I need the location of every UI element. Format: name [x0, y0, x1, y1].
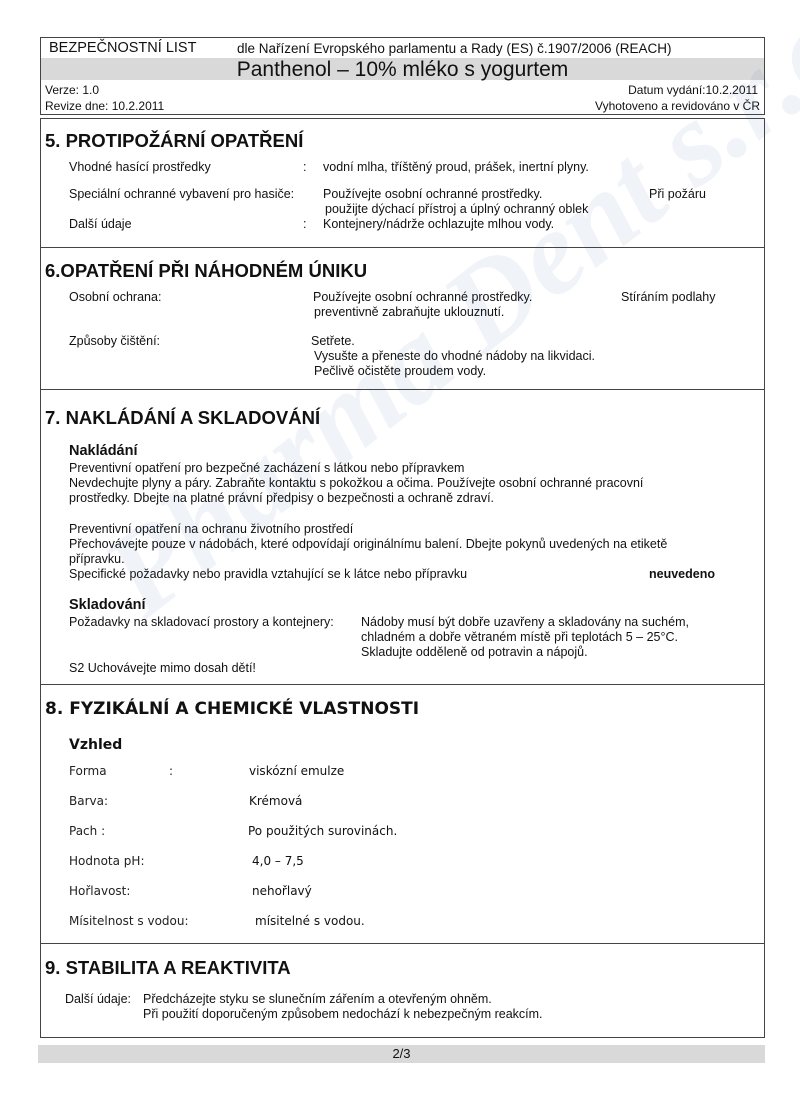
- row-value-cont: Při použití doporučeným způsobem nedochá…: [143, 1007, 543, 1021]
- section-title: 6.OPATŘENÍ PŘI NÁHODNÉM ÚNIKU: [45, 260, 367, 282]
- document-header: BEZPEČNOSTNÍ LIST dle Nařízení Evropskéh…: [40, 37, 765, 115]
- row-value: vodní mlha, tříštěný proud, prášek, iner…: [323, 160, 589, 174]
- section-7: 7. NAKLÁDÁNÍ A SKLADOVÁNÍ Nakládání Prev…: [40, 389, 765, 685]
- section-8: 8. FYZIKÁLNÍ A CHEMICKÉ VLASTNOSTI Vzhle…: [40, 684, 765, 944]
- page-footer: 2/3: [38, 1045, 765, 1063]
- row-label: Osobní ochrana:: [69, 290, 161, 304]
- property-label: Mísitelnost s vodou:: [69, 914, 189, 928]
- property-label: Barva:: [69, 794, 108, 808]
- row-value: Používejte osobní ochranné prostředky.: [323, 187, 542, 201]
- row-value: Předcházejte styku se slunečním zářením …: [143, 992, 492, 1006]
- storage-label: Požadavky na skladovací prostory a konte…: [69, 615, 334, 629]
- property-label: Forma: [69, 764, 107, 778]
- storage-line: Nádoby musí být dobře uzavřeny a skladov…: [361, 615, 689, 629]
- specific-label: Specifické požadavky nebo pravidla vztah…: [69, 567, 467, 581]
- row-label: Další údaje:: [65, 992, 131, 1006]
- property-separator: :: [169, 764, 173, 778]
- text-line: Preventivní opatření na ochranu životníh…: [69, 522, 353, 536]
- row-separator: :: [303, 217, 306, 231]
- section-title: 5. PROTIPOŽÁRNÍ OPATŘENÍ: [45, 130, 303, 152]
- regulation: dle Nařízení Evropského parlamentu a Rad…: [237, 41, 671, 56]
- property-value: 4,0 – 7,5: [252, 854, 304, 868]
- row-label: Další údaje: [69, 217, 132, 231]
- section-title: 9. STABILITA A REAKTIVITA: [45, 957, 291, 979]
- section-6: 6.OPATŘENÍ PŘI NÁHODNÉM ÚNIKU Osobní och…: [40, 247, 765, 390]
- storage-line: Skladujte odděleně od potravin a nápojů.: [361, 645, 588, 659]
- text-line: Nevdechujte plyny a páry. Zabraňte konta…: [69, 476, 643, 490]
- subsection-title: Skladování: [69, 597, 146, 613]
- property-value: nehořlavý: [252, 884, 312, 898]
- row-value-cont: preventivně zabraňujte uklouznutí.: [314, 305, 504, 319]
- property-value: Po použitých surovinách.: [248, 824, 397, 838]
- row-value: Používejte osobní ochranné prostředky.: [313, 290, 532, 304]
- property-value: viskózní emulze: [249, 764, 344, 778]
- section-title: 7. NAKLÁDÁNÍ A SKLADOVÁNÍ: [45, 407, 320, 429]
- section-9: 9. STABILITA A REAKTIVITA Další údaje: P…: [40, 943, 765, 1038]
- issue-date: Datum vydání:10.2.2011: [628, 83, 758, 97]
- subsection-title: Vzhled: [69, 737, 122, 753]
- text-line: Přechovávejte pouze v nádobách, které od…: [69, 537, 667, 551]
- doc-type: BEZPEČNOSTNÍ LIST: [49, 40, 196, 56]
- row-value-right: Při požáru: [649, 187, 706, 201]
- prepared-note: Vyhotoveno a revidováno v ČR: [595, 99, 760, 113]
- row-label: Způsoby čištění:: [69, 334, 160, 348]
- storage-line: chladném a dobře větraném místě při tepl…: [361, 630, 678, 644]
- property-label: Hořlavost:: [69, 884, 130, 898]
- product-name: Panthenol – 10% mléko s yogurtem: [41, 58, 764, 82]
- specific-value: neuvedeno: [649, 567, 715, 581]
- revision-date: Revize dne: 10.2.2011: [45, 99, 164, 113]
- row-value: Setřete.: [311, 334, 355, 348]
- property-label: Pach :: [69, 824, 105, 838]
- section-5: 5. PROTIPOŽÁRNÍ OPATŘENÍ Vhodné hasící p…: [40, 118, 765, 248]
- version: Verze: 1.0: [45, 83, 99, 97]
- page-number: 2/3: [392, 1046, 410, 1061]
- section-title: 8. FYZIKÁLNÍ A CHEMICKÉ VLASTNOSTI: [45, 699, 419, 719]
- s2-phrase: S2 Uchovávejte mimo dosah dětí!: [69, 661, 256, 675]
- property-value: mísitelné s vodou.: [255, 914, 365, 928]
- row-value-cont: použijte dýchací přístroj a úplný ochran…: [325, 202, 588, 216]
- row-value-cont: Vysušte a přeneste do vhodné nádoby na l…: [314, 349, 595, 363]
- text-line: přípravku.: [69, 552, 125, 566]
- text-line: Preventivní opatření pro bezpečné zacház…: [69, 461, 464, 475]
- text-line: prostředky. Dbejte na platné právní před…: [69, 491, 494, 505]
- subsection-title: Nakládání: [69, 443, 138, 459]
- row-value-cont: Pečlivě očistěte proudem vody.: [314, 364, 486, 378]
- row-value: Kontejnery/nádrže ochlazujte mlhou vody.: [323, 217, 554, 231]
- row-separator: :: [303, 160, 306, 174]
- row-value-right: Stíráním podlahy: [621, 290, 716, 304]
- row-label: Speciální ochranné vybavení pro hasiče:: [69, 187, 294, 201]
- property-label: Hodnota pH:: [69, 854, 145, 868]
- property-value: Krémová: [249, 794, 302, 808]
- row-label: Vhodné hasící prostředky: [69, 160, 211, 174]
